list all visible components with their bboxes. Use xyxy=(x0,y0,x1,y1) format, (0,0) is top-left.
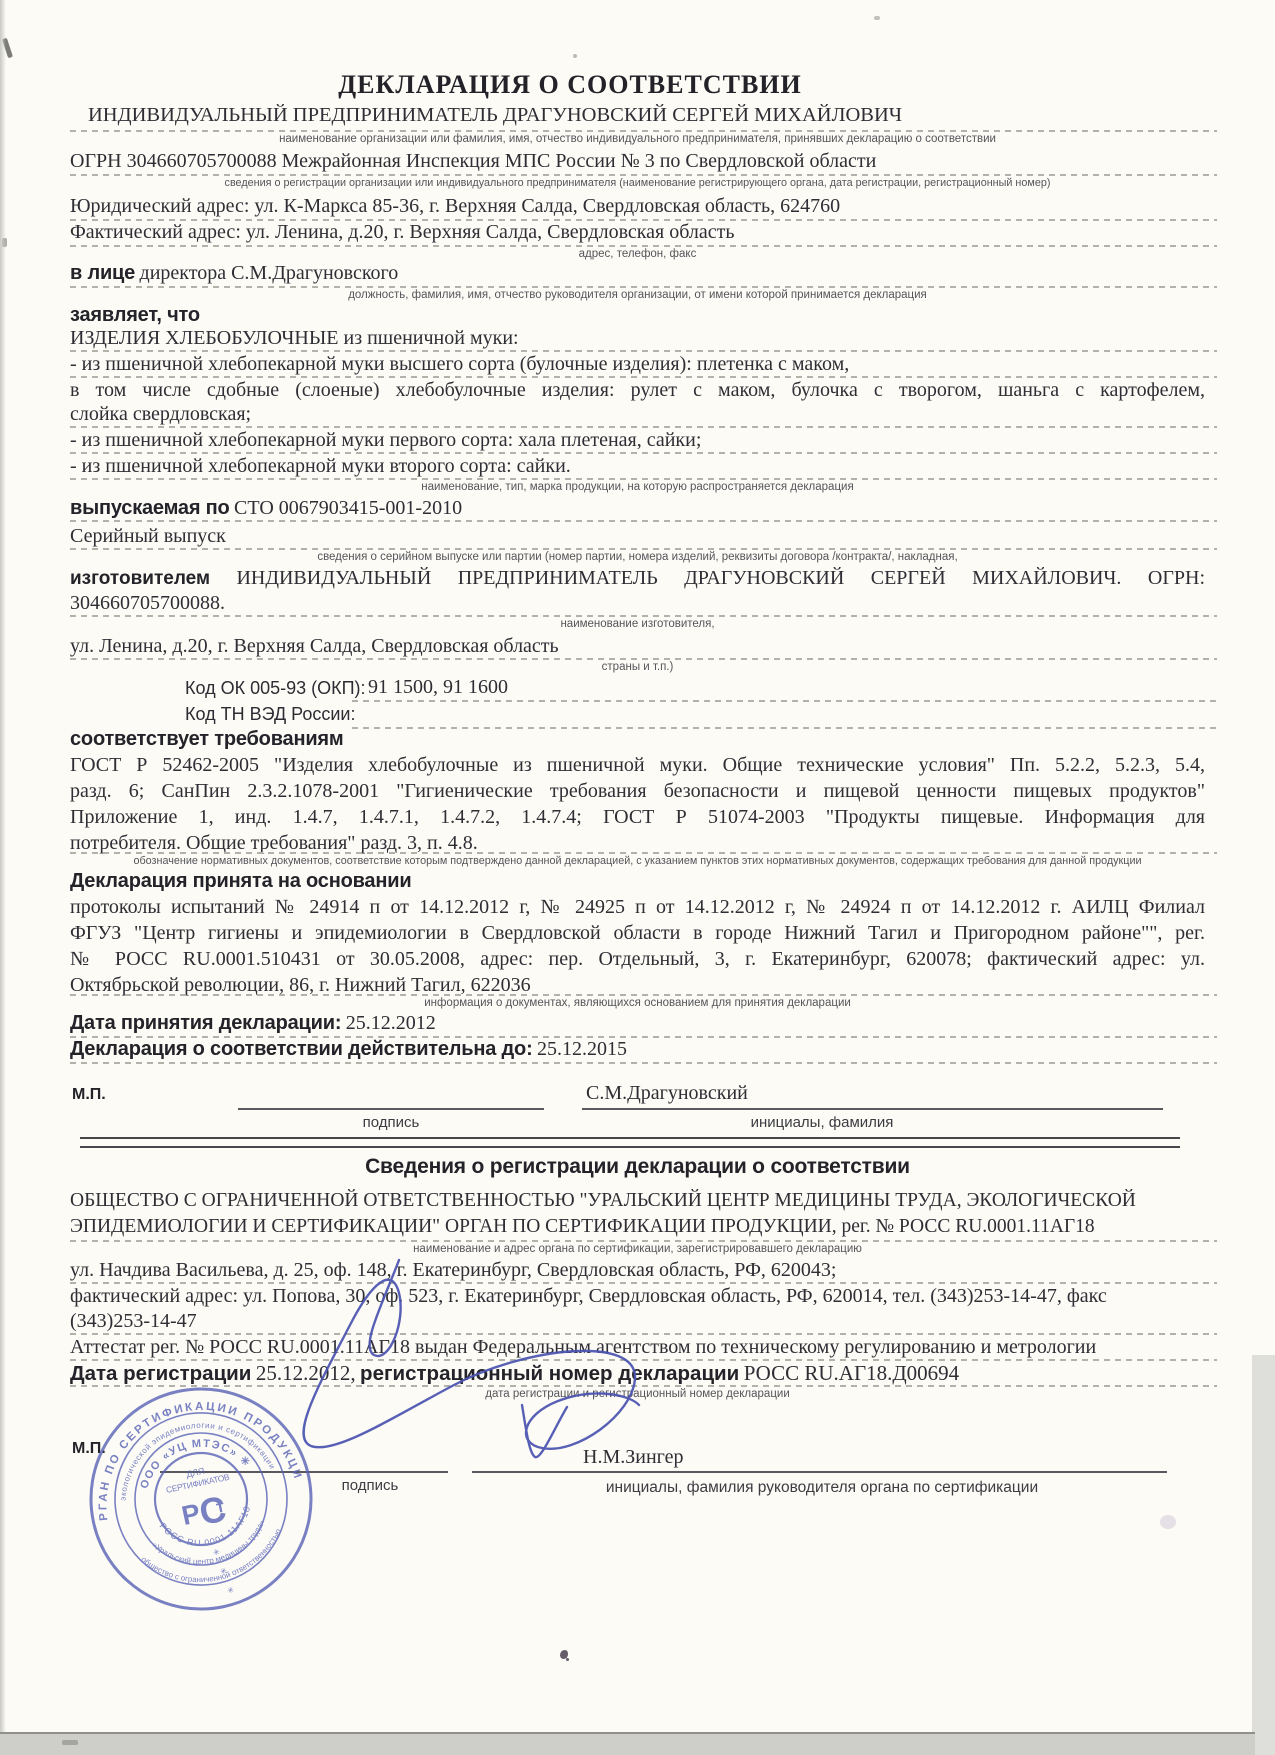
basis-label: Декларация принята на основании xyxy=(70,870,411,893)
field-caption-country: страны и т.п.) xyxy=(70,661,1205,673)
document-title: ДЕКЛАРАЦИЯ О СООТВЕТСТВИИ xyxy=(70,70,1070,100)
dashed-rule xyxy=(70,1062,1217,1064)
name-line-1 xyxy=(582,1108,1163,1110)
adoption-date-value: 25.12.2012 xyxy=(346,1012,436,1034)
scanner-edge-bottom xyxy=(0,1732,1255,1755)
basis-paragraph: протоколы испытаний № 24914 п от 14.12.2… xyxy=(70,894,1205,998)
code-tnved-label: Код ТН ВЭД России: xyxy=(185,704,355,725)
registration-section-title: Сведения о регистрации декларации о соот… xyxy=(70,1155,1205,1179)
stamp-star-icon: ✳ xyxy=(226,1585,235,1595)
code-okp-value: 91 1500, 91 1600 xyxy=(368,676,508,699)
field-caption-address: адрес, телефон, факс xyxy=(70,248,1205,260)
dashed-rule xyxy=(70,174,1217,176)
product-line-3a: в том числе сдобные (слоеные) хлебобулоч… xyxy=(70,378,1205,403)
conforms-line: ГОСТ Р 52462-2005 "Изделия хлебобулочные… xyxy=(70,752,1205,778)
certifier-address-2-line-2: (343)253-14-47 xyxy=(70,1310,197,1333)
field-caption-registration: сведения о регистрации организации или и… xyxy=(70,177,1205,189)
handwritten-signature xyxy=(260,1230,670,1475)
manufacturer-label: изготовителем xyxy=(70,568,210,589)
stamp-star-icon: ✳ xyxy=(219,1566,228,1576)
field-caption-person: должность, фамилия, имя, отчество руково… xyxy=(70,289,1205,301)
name-caption-1: инициалы, фамилия xyxy=(582,1114,1062,1131)
stamp-place-mark-1: М.П. xyxy=(72,1086,106,1104)
adoption-date-label: Дата принятия декларации: xyxy=(70,1012,341,1034)
scan-speck xyxy=(874,16,880,20)
dashed-rule xyxy=(70,658,1217,660)
issued-line: выпускаемая по СТО 0067903415-001-2010 xyxy=(70,497,462,520)
section-divider xyxy=(80,1137,1180,1148)
dashed-rule xyxy=(70,350,1217,352)
field-caption-manufacturer: наименование изготовителя, xyxy=(70,618,1205,630)
validity-line: Декларация о соответствии действительна … xyxy=(70,1038,627,1061)
product-line-3b: слойка свердловская; xyxy=(70,403,251,426)
legal-address: Юридический адрес: ул. К-Маркса 85-36, г… xyxy=(70,195,840,218)
in-person-label: в лице xyxy=(70,262,135,284)
signatory-name-1: С.М.Драгуновский xyxy=(586,1082,748,1105)
dashed-rule xyxy=(70,994,1217,996)
in-person-value: директора С.М.Драгуновского xyxy=(140,262,399,284)
registration-date-label: Дата регистрации xyxy=(70,1362,251,1385)
dashed-rule xyxy=(70,130,1217,132)
field-caption-serial: сведения о серийном выпуске или партии (… xyxy=(70,551,1205,563)
signature-line-1 xyxy=(238,1108,544,1110)
conforms-label: соответствует требованиям xyxy=(70,728,344,751)
declares-label: заявляет, что xyxy=(70,304,200,327)
dashed-rule xyxy=(352,700,1217,702)
dashed-rule xyxy=(70,286,1217,288)
scanner-edge-left xyxy=(0,0,6,1755)
product-line-4: - из пшеничной хлебопекарной муки первог… xyxy=(70,429,701,452)
scanned-declaration-page: ДЕКЛАРАЦИЯ О СООТВЕТСТВИИ ИНДИВИДУАЛЬНЫЙ… xyxy=(0,0,1275,1755)
field-caption-basis: информация о документах, являющихся осно… xyxy=(70,997,1205,1009)
issued-value: СТО 0067903415-001-2010 xyxy=(234,497,462,519)
dashed-rule xyxy=(70,548,1217,550)
field-caption-norms: обозначение нормативных документов, соот… xyxy=(70,855,1205,867)
dashed-rule xyxy=(70,852,1217,854)
conforms-line: Приложение 1, инд. 1.4.7, 1.4.7.1, 1.4.7… xyxy=(70,804,1205,830)
serial-line: Серийный выпуск xyxy=(70,525,226,548)
product-line-5: - из пшеничной хлебопекарной муки второг… xyxy=(70,455,571,478)
scan-speck xyxy=(62,1740,78,1745)
manufacturer-line-2: 304660705700088. xyxy=(70,592,225,615)
certifier-name-line-1: ОБЩЕСТВО С ОГРАНИЧЕННОЙ ОТВЕТСТВЕННОСТЬЮ… xyxy=(70,1190,1136,1212)
dashed-rule xyxy=(352,727,1217,729)
dashed-rule xyxy=(70,615,1217,617)
adoption-date-line: Дата принятия декларации: 25.12.2012 xyxy=(70,1012,436,1035)
in-person-line: в лице директора С.М.Драгуновского xyxy=(70,262,398,285)
scanner-edge-right xyxy=(1252,1355,1275,1755)
ogrn-line: ОГРН 304660705700088 Межрайонная Инспекц… xyxy=(70,150,876,173)
field-caption-products: наименование, тип, марка продукции, на к… xyxy=(70,481,1205,493)
dashed-rule xyxy=(70,452,1217,454)
applicant-name: ИНДИВИДУАЛЬНЫЙ ПРЕДПРИНИМАТЕЛЬ ДРАГУНОВС… xyxy=(88,104,902,127)
basis-line: ФГУЗ "Центр гигиены и эпидемиологии в Св… xyxy=(70,920,1205,946)
field-caption-applicant: наименование организации или фамилия, им… xyxy=(70,133,1205,145)
conforms-paragraph: ГОСТ Р 52462-2005 "Изделия хлебобулочные… xyxy=(70,752,1205,856)
basis-line: протоколы испытаний № 24914 п от 14.12.2… xyxy=(70,894,1205,920)
ink-spot xyxy=(560,1650,568,1659)
validity-label: Декларация о соответствии действительна … xyxy=(70,1038,533,1060)
issued-label: выпускаемая по xyxy=(70,497,230,519)
dashed-rule xyxy=(70,245,1217,247)
name-caption-2: инициалы, фамилия руководителя органа по… xyxy=(472,1479,1172,1497)
basis-line: № РОСС RU.0001.510431 от 30.05.2008, адр… xyxy=(70,946,1205,972)
signature-caption-1: подпись xyxy=(238,1114,544,1131)
conforms-line: разд. 6; СанПин 2.3.2.1078-2001 "Гигиени… xyxy=(70,778,1205,804)
actual-address: Фактический адрес: ул. Ленина, д.20, г. … xyxy=(70,221,735,244)
scan-smudge xyxy=(1160,1515,1176,1529)
code-okp-label: Код ОК 005-93 (ОКП): xyxy=(185,678,366,699)
registration-number-value: РОСС RU.АГ18.Д00694 xyxy=(744,1361,959,1385)
manufacturer-name: ИНДИВИДУАЛЬНЫЙ ПРЕДПРИНИМАТЕЛЬ ДРАГУНОВС… xyxy=(236,567,1205,589)
dashed-rule xyxy=(70,520,1217,522)
manufacturer-line-1: изготовителем ИНДИВИДУАЛЬНЫЙ ПРЕДПРИНИМА… xyxy=(70,567,1205,590)
dashed-rule xyxy=(70,478,1217,480)
manufacturer-address: ул. Ленина, д.20, г. Верхняя Салда, Свер… xyxy=(70,635,559,658)
validity-value: 25.12.2015 xyxy=(537,1038,627,1060)
stamp-star-icon: ✳ xyxy=(212,1547,221,1557)
scan-speck xyxy=(573,54,577,58)
product-line-2: - из пшеничной хлебопекарной муки высшег… xyxy=(70,353,849,376)
dashed-rule xyxy=(70,426,1217,428)
product-line-1: ИЗДЕЛИЯ ХЛЕБОБУЛОЧНЫЕ из пшеничной муки: xyxy=(70,327,519,350)
